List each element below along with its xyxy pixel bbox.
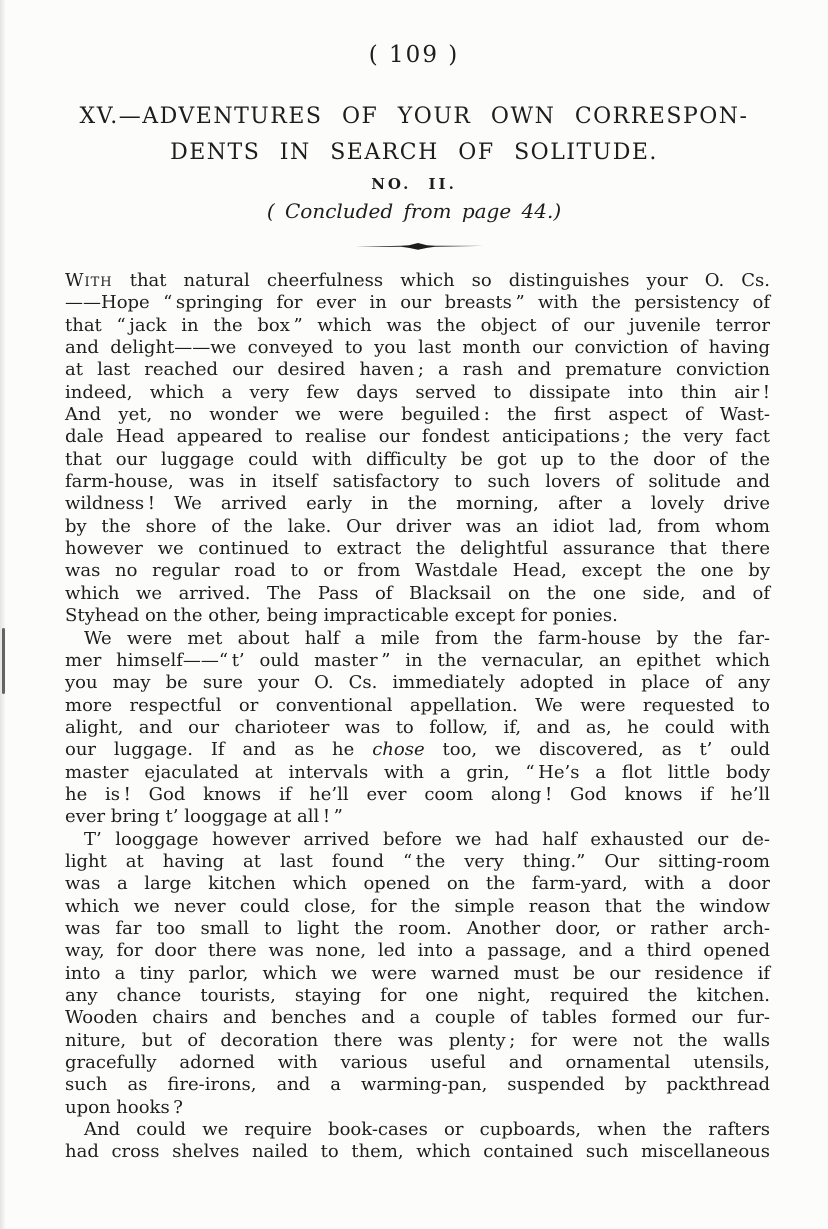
text-line: such as fire-irons, and a warming-pan, s… <box>65 1074 770 1096</box>
text-line: was no regular road to or from Wastdale … <box>65 560 770 582</box>
scanned-page: ( 109 ) XV.—ADVENTURES OF YOUR OWN CORRE… <box>0 0 828 1229</box>
text-line: And yet, no wonder we were beguiled : th… <box>65 404 770 426</box>
swelled-rule-ornament <box>0 242 828 251</box>
text-line: which we arrived. The Pass of Blacksail … <box>65 583 770 605</box>
text-line: way, for door there was none, led into a… <box>65 940 770 962</box>
scan-edge-mark <box>2 628 5 694</box>
page-number: ( 109 ) <box>0 40 828 70</box>
text-line: any chance tourists, staying for one nig… <box>65 985 770 1007</box>
text-line: ——Hope “ springing for ever in our breas… <box>65 292 770 314</box>
article-title-line-1: XV.—ADVENTURES OF YOUR OWN CORRESPON- <box>60 99 768 135</box>
text-line: was far too small to light the room. Ano… <box>65 918 770 940</box>
text-line: he is ! God knows if he’ll ever coom alo… <box>65 784 770 806</box>
text-line: that “ jack in the box ” which was the o… <box>65 315 770 337</box>
text-line: and delight——we conveyed to you last mon… <box>65 337 770 359</box>
text-line: And could we require book-cases or cupbo… <box>65 1119 770 1141</box>
text-line: our luggage. If and as he chose too, we … <box>65 739 770 761</box>
text-line: that our luggage could with difficulty b… <box>65 449 770 471</box>
article-title: XV.—ADVENTURES OF YOUR OWN CORRESPON- DE… <box>60 99 768 171</box>
text-line: T’ looggage however arrived before we ha… <box>65 829 770 851</box>
text-line: light at having at last found “ the very… <box>65 851 770 873</box>
text-line: ever bring t’ looggage at all ! ” <box>65 806 770 828</box>
continuation-note: ( Concluded from page 44.) <box>0 198 828 224</box>
text-line: at last reached our desired haven ; a ra… <box>65 359 770 381</box>
article-title-line-2: DENTS IN SEARCH OF SOLITUDE. <box>60 135 768 171</box>
text-line: With that natural cheerfulness which so … <box>65 270 770 292</box>
text-line: had cross shelves nailed to them, which … <box>65 1141 770 1163</box>
text-line: We were met about half a mile from the f… <box>65 628 770 650</box>
article-body: With that natural cheerfulness which so … <box>65 270 770 1164</box>
series-number: NO. II. <box>0 174 828 194</box>
text-line: you may be sure your O. Cs. immediately … <box>65 672 770 694</box>
text-line: more respectful or conventional appellat… <box>65 695 770 717</box>
text-line: alight, and our charioteer was to follow… <box>65 717 770 739</box>
text-line: by the shore of the lake. Our driver was… <box>65 516 770 538</box>
text-line: master ejaculated at intervals with a gr… <box>65 762 770 784</box>
text-line: dale Head appeared to realise our fondes… <box>65 426 770 448</box>
text-line: which we never could close, for the simp… <box>65 896 770 918</box>
text-line: gracefully adorned with various useful a… <box>65 1052 770 1074</box>
text-line: was a large kitchen which opened on the … <box>65 873 770 895</box>
text-line: farm-house, was in itself satisfactory t… <box>65 471 770 493</box>
text-line: upon hooks ? <box>65 1097 770 1119</box>
text-line: mer himself——“ t’ ould master ” in the v… <box>65 650 770 672</box>
text-line: Wooden chairs and benches and a couple o… <box>65 1007 770 1029</box>
text-line: into a tiny parlor, which we were warned… <box>65 963 770 985</box>
text-line: however we continued to extract the deli… <box>65 538 770 560</box>
text-line: Styhead on the other, being impracticabl… <box>65 605 770 627</box>
text-line: wildness ! We arrived early in the morni… <box>65 493 770 515</box>
text-line: indeed, which a very few days served to … <box>65 382 770 404</box>
text-line: niture, but of decoration there was plen… <box>65 1030 770 1052</box>
